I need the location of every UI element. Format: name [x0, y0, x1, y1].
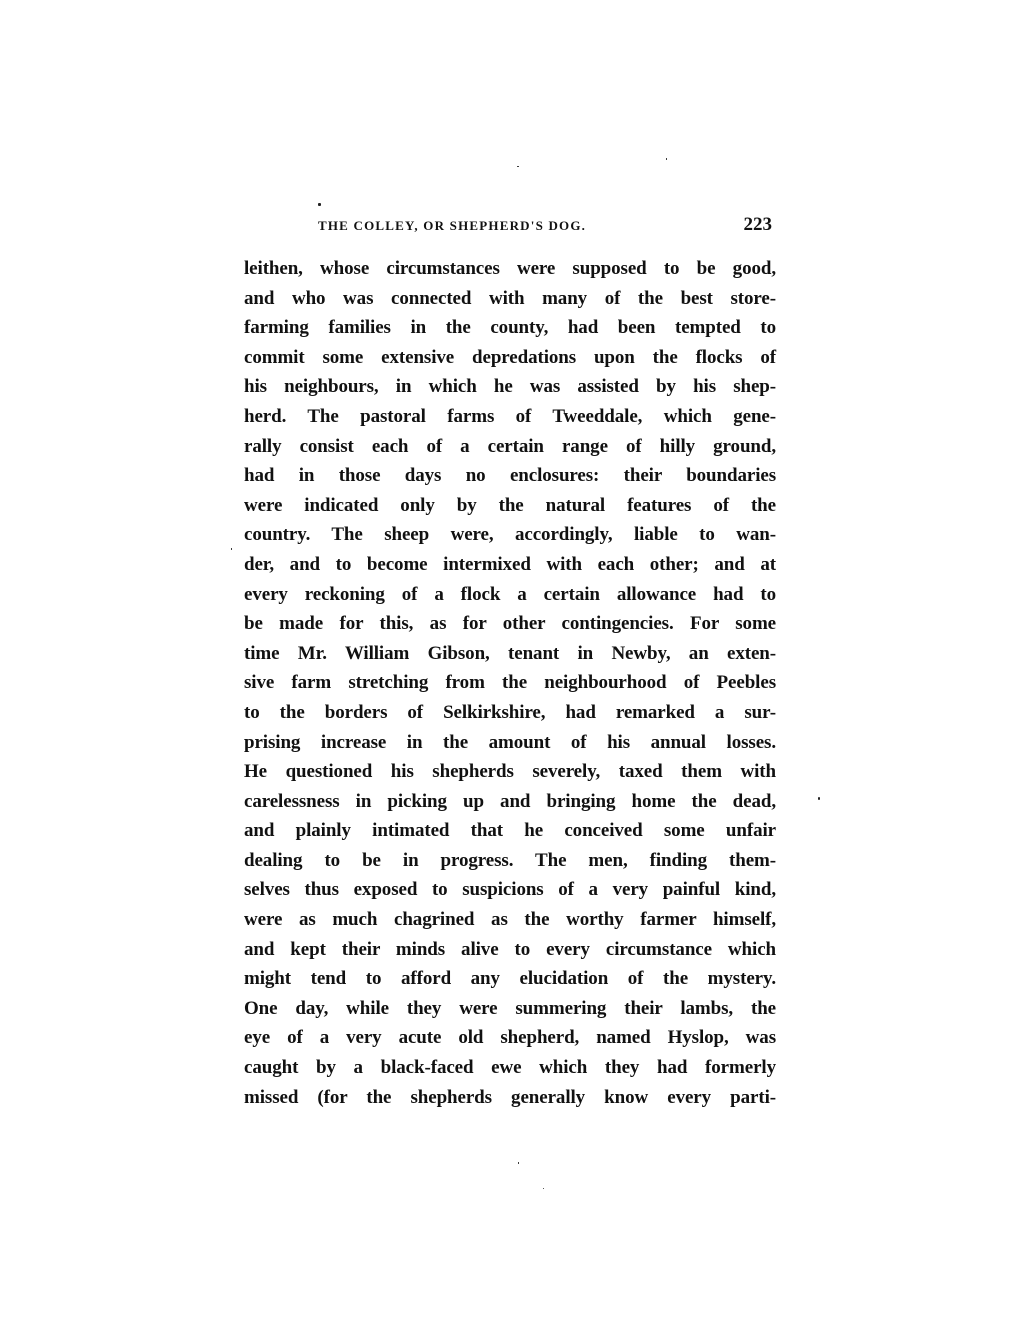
text-line: carelessness in picking up and bringing …	[244, 787, 776, 817]
text-line: and plainly intimated that he conceived …	[244, 816, 776, 846]
text-line: every reckoning of a flock a certain all…	[244, 580, 776, 610]
text-line: commit some extensive depredations upon …	[244, 343, 776, 373]
text-line: selves thus exposed to suspicions of a v…	[244, 875, 776, 905]
text-line: his neighbours, in which he was assisted…	[244, 372, 776, 402]
scan-speck	[818, 797, 820, 800]
text-line: were indicated only by the natural featu…	[244, 491, 776, 521]
text-line: be made for this, as for other contingen…	[244, 609, 776, 639]
text-line: One day, while they were summering their…	[244, 994, 776, 1024]
text-line: herd. The pastoral farms of Tweeddale, w…	[244, 402, 776, 432]
running-head: THE COLLEY, OR SHEPHERD'S DOG. 223	[244, 214, 776, 238]
text-line: missed (for the shepherds generally know…	[244, 1083, 776, 1113]
text-line: farming families in the county, had been…	[244, 313, 776, 343]
scan-speck	[318, 203, 321, 206]
page-number: 223	[744, 214, 773, 236]
text-line: were as much chagrined as the worthy far…	[244, 905, 776, 935]
text-line: eye of a very acute old shepherd, named …	[244, 1023, 776, 1053]
body-text: leithen, whose circumstances were suppos…	[244, 254, 776, 1112]
text-line: and who was connected with many of the b…	[244, 284, 776, 314]
scan-speck	[517, 166, 519, 167]
text-line: caught by a black-faced ewe which they h…	[244, 1053, 776, 1083]
text-line: to the borders of Selkirkshire, had rema…	[244, 698, 776, 728]
scan-speck	[231, 548, 232, 550]
text-line: rally consist each of a certain range of…	[244, 432, 776, 462]
text-line: time Mr. William Gibson, tenant in Newby…	[244, 639, 776, 669]
scan-speck	[543, 1188, 544, 1189]
scan-speck	[518, 1162, 519, 1164]
text-line: country. The sheep were, accordingly, li…	[244, 520, 776, 550]
text-line: might tend to afford any elucidation of …	[244, 964, 776, 994]
text-line: leithen, whose circumstances were suppos…	[244, 254, 776, 284]
scan-speck	[666, 158, 667, 160]
text-line: prising increase in the amount of his an…	[244, 728, 776, 758]
text-line: and kept their minds alive to every circ…	[244, 935, 776, 965]
text-line: sive farm stretching from the neighbourh…	[244, 668, 776, 698]
text-line: He questioned his shepherds severely, ta…	[244, 757, 776, 787]
text-line: had in those days no enclosures: their b…	[244, 461, 776, 491]
text-line: der, and to become intermixed with each …	[244, 550, 776, 580]
book-page: THE COLLEY, OR SHEPHERD'S DOG. 223 leith…	[0, 0, 1033, 1339]
running-title: THE COLLEY, OR SHEPHERD'S DOG.	[318, 218, 586, 234]
text-line: dealing to be in progress. The men, find…	[244, 846, 776, 876]
